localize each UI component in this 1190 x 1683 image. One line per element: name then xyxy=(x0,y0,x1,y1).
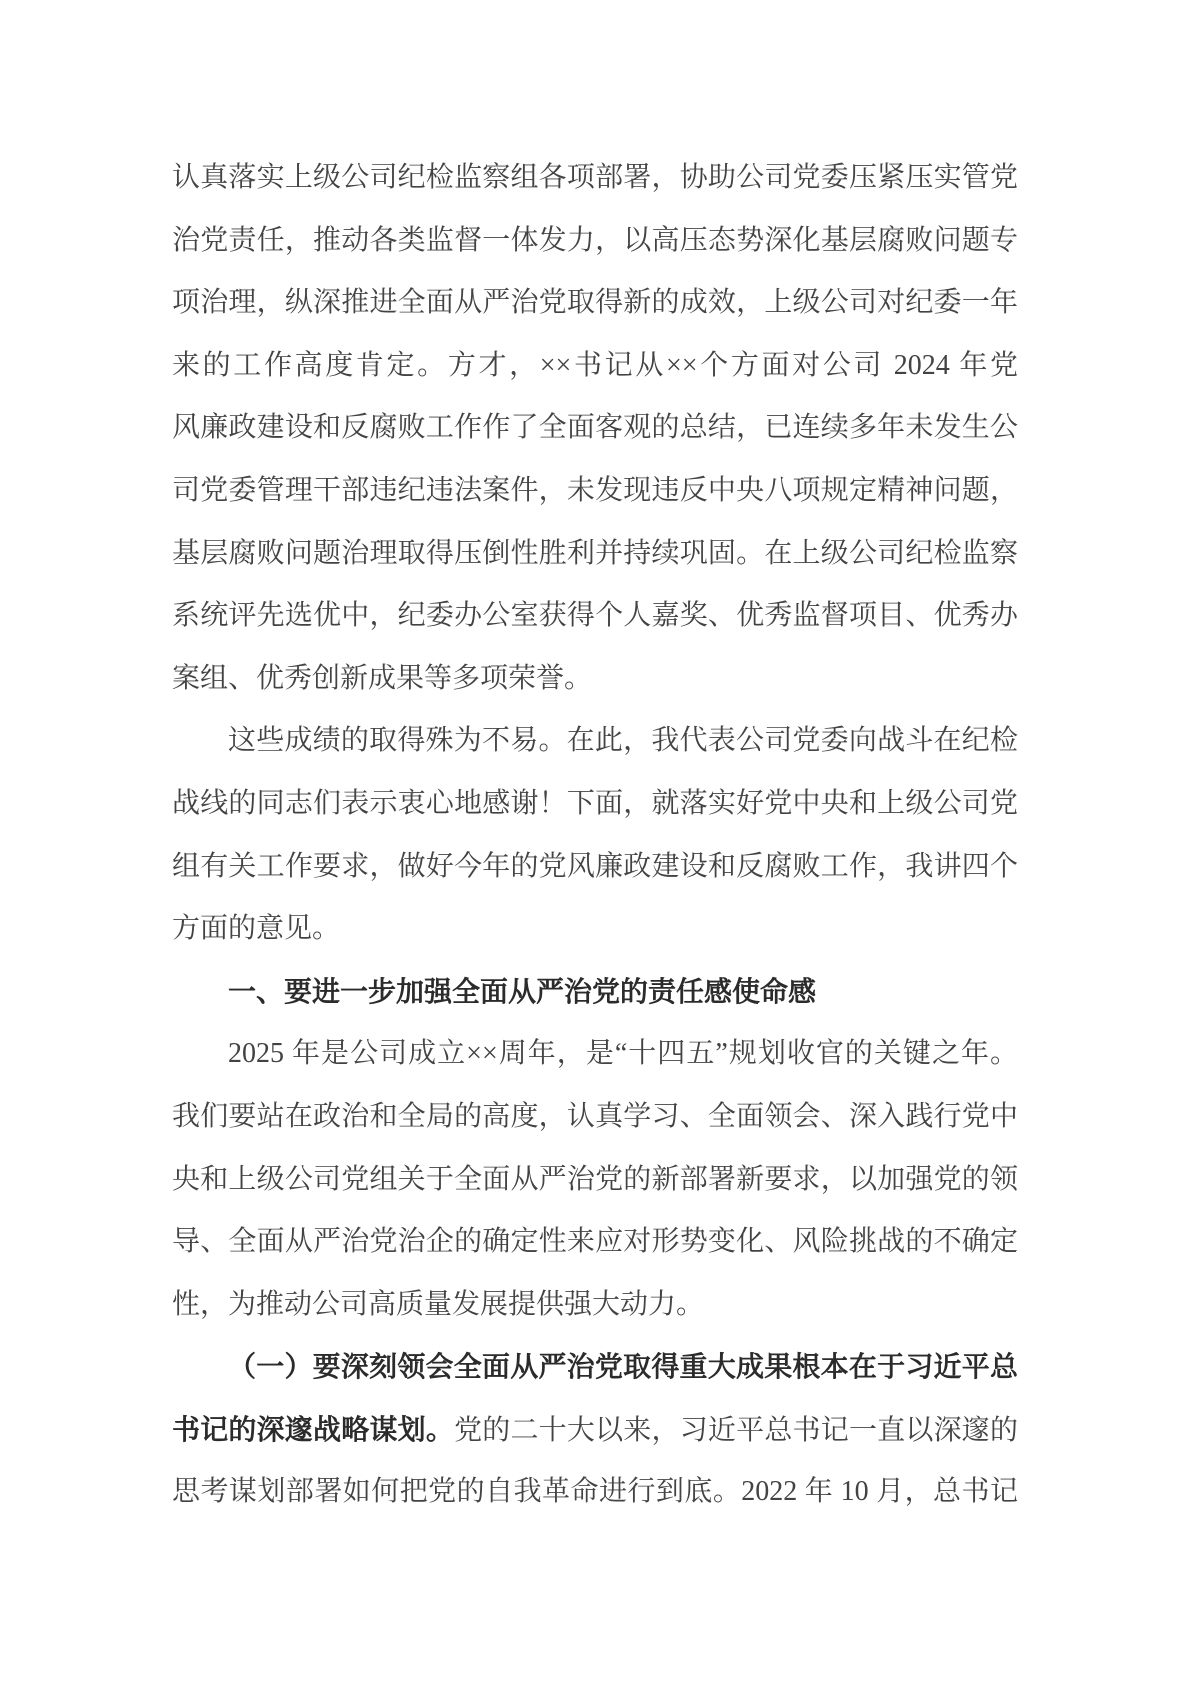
text-line: 性，为推动公司高质量发展提供强大动力。 xyxy=(172,1274,1018,1337)
paragraph: 认真落实上级公司纪检监察组各项部署，协助公司党委压紧压实管党 治党责任，推动各类… xyxy=(172,147,1018,710)
text-line: 风廉政建设和反腐败工作作了全面客观的总结，已连续多年未发生公 xyxy=(172,397,1018,460)
text-line: 这些成绩的取得殊为不易。在此，我代表公司党委向战斗在纪检 xyxy=(172,710,1018,773)
text-line: 思考谋划部署如何把党的自我革命进行到底。2022 年 10 月，总书记 xyxy=(172,1461,1018,1524)
text-line: 战线的同志们表示衷心地感谢！下面，就落实好党中央和上级公司党 xyxy=(172,773,1018,836)
section-heading: 一、要进一步加强全面从严治党的责任感使命感 xyxy=(172,961,1018,1024)
text-line: 认真落实上级公司纪检监察组各项部署，协助公司党委压紧压实管党 xyxy=(172,147,1018,210)
text-line: 方面的意见。 xyxy=(172,898,1018,961)
paragraph: 2025 年是公司成立××周年，是“十四五”规划收官的关键之年。 我们要站在政治… xyxy=(172,1023,1018,1336)
subheading-bold-line: （一）要深刻领会全面从严治党取得重大成果根本在于习近平总 xyxy=(172,1336,1018,1399)
text-line: 组有关工作要求，做好今年的党风廉政建设和反腐败工作，我讲四个 xyxy=(172,836,1018,899)
text-line: 我们要站在政治和全局的高度，认真学习、全面领会、深入践行党中 xyxy=(172,1086,1018,1149)
paragraph: 这些成绩的取得殊为不易。在此，我代表公司党委向战斗在纪检 战线的同志们表示衷心地… xyxy=(172,710,1018,960)
document-page: 认真落实上级公司纪检监察组各项部署，协助公司党委压紧压实管党 治党责任，推动各类… xyxy=(0,0,1190,1683)
heading-level-1: 一、要进一步加强全面从严治党的责任感使命感 xyxy=(172,961,1018,1024)
bold-lead-text: 书记的深邃战略谋划。 xyxy=(172,1414,454,1445)
text-line: 央和上级公司党组关于全面从严治党的新部署新要求，以加强党的领 xyxy=(172,1149,1018,1212)
paragraph: （一）要深刻领会全面从严治党取得重大成果根本在于习近平总 书记的深邃战略谋划。党… xyxy=(172,1336,1018,1524)
text-line: 来的工作高度肯定。方才，××书记从××个方面对公司 2024 年党 xyxy=(172,335,1018,398)
text-line: 项治理，纵深推进全面从严治党取得新的成效，上级公司对纪委一年 xyxy=(172,272,1018,335)
document-text-block: 认真落实上级公司纪检监察组各项部署，协助公司党委压紧压实管党 治党责任，推动各类… xyxy=(172,147,1018,1524)
text-line: 基层腐败问题治理取得压倒性胜利并持续巩固。在上级公司纪检监察 xyxy=(172,523,1018,586)
text-line: 导、全面从严治党治企的确定性来应对形势变化、风险挑战的不确定 xyxy=(172,1211,1018,1274)
text-line: 2025 年是公司成立××周年，是“十四五”规划收官的关键之年。 xyxy=(172,1023,1018,1086)
text-line: 司党委管理干部违纪违法案件，未发现违反中央八项规定精神问题， xyxy=(172,460,1018,523)
text-line: 案组、优秀创新成果等多项荣誉。 xyxy=(172,648,1018,711)
text-line: 治党责任，推动各类监督一体发力，以高压态势深化基层腐败问题专 xyxy=(172,210,1018,273)
body-text: 党的二十大以来，习近平总书记一直以深邃的 xyxy=(454,1415,1018,1446)
text-line: 系统评先选优中，纪委办公室获得个人嘉奖、优秀监督项目、优秀办 xyxy=(172,585,1018,648)
text-line: 书记的深邃战略谋划。党的二十大以来，习近平总书记一直以深邃的 xyxy=(172,1399,1018,1462)
